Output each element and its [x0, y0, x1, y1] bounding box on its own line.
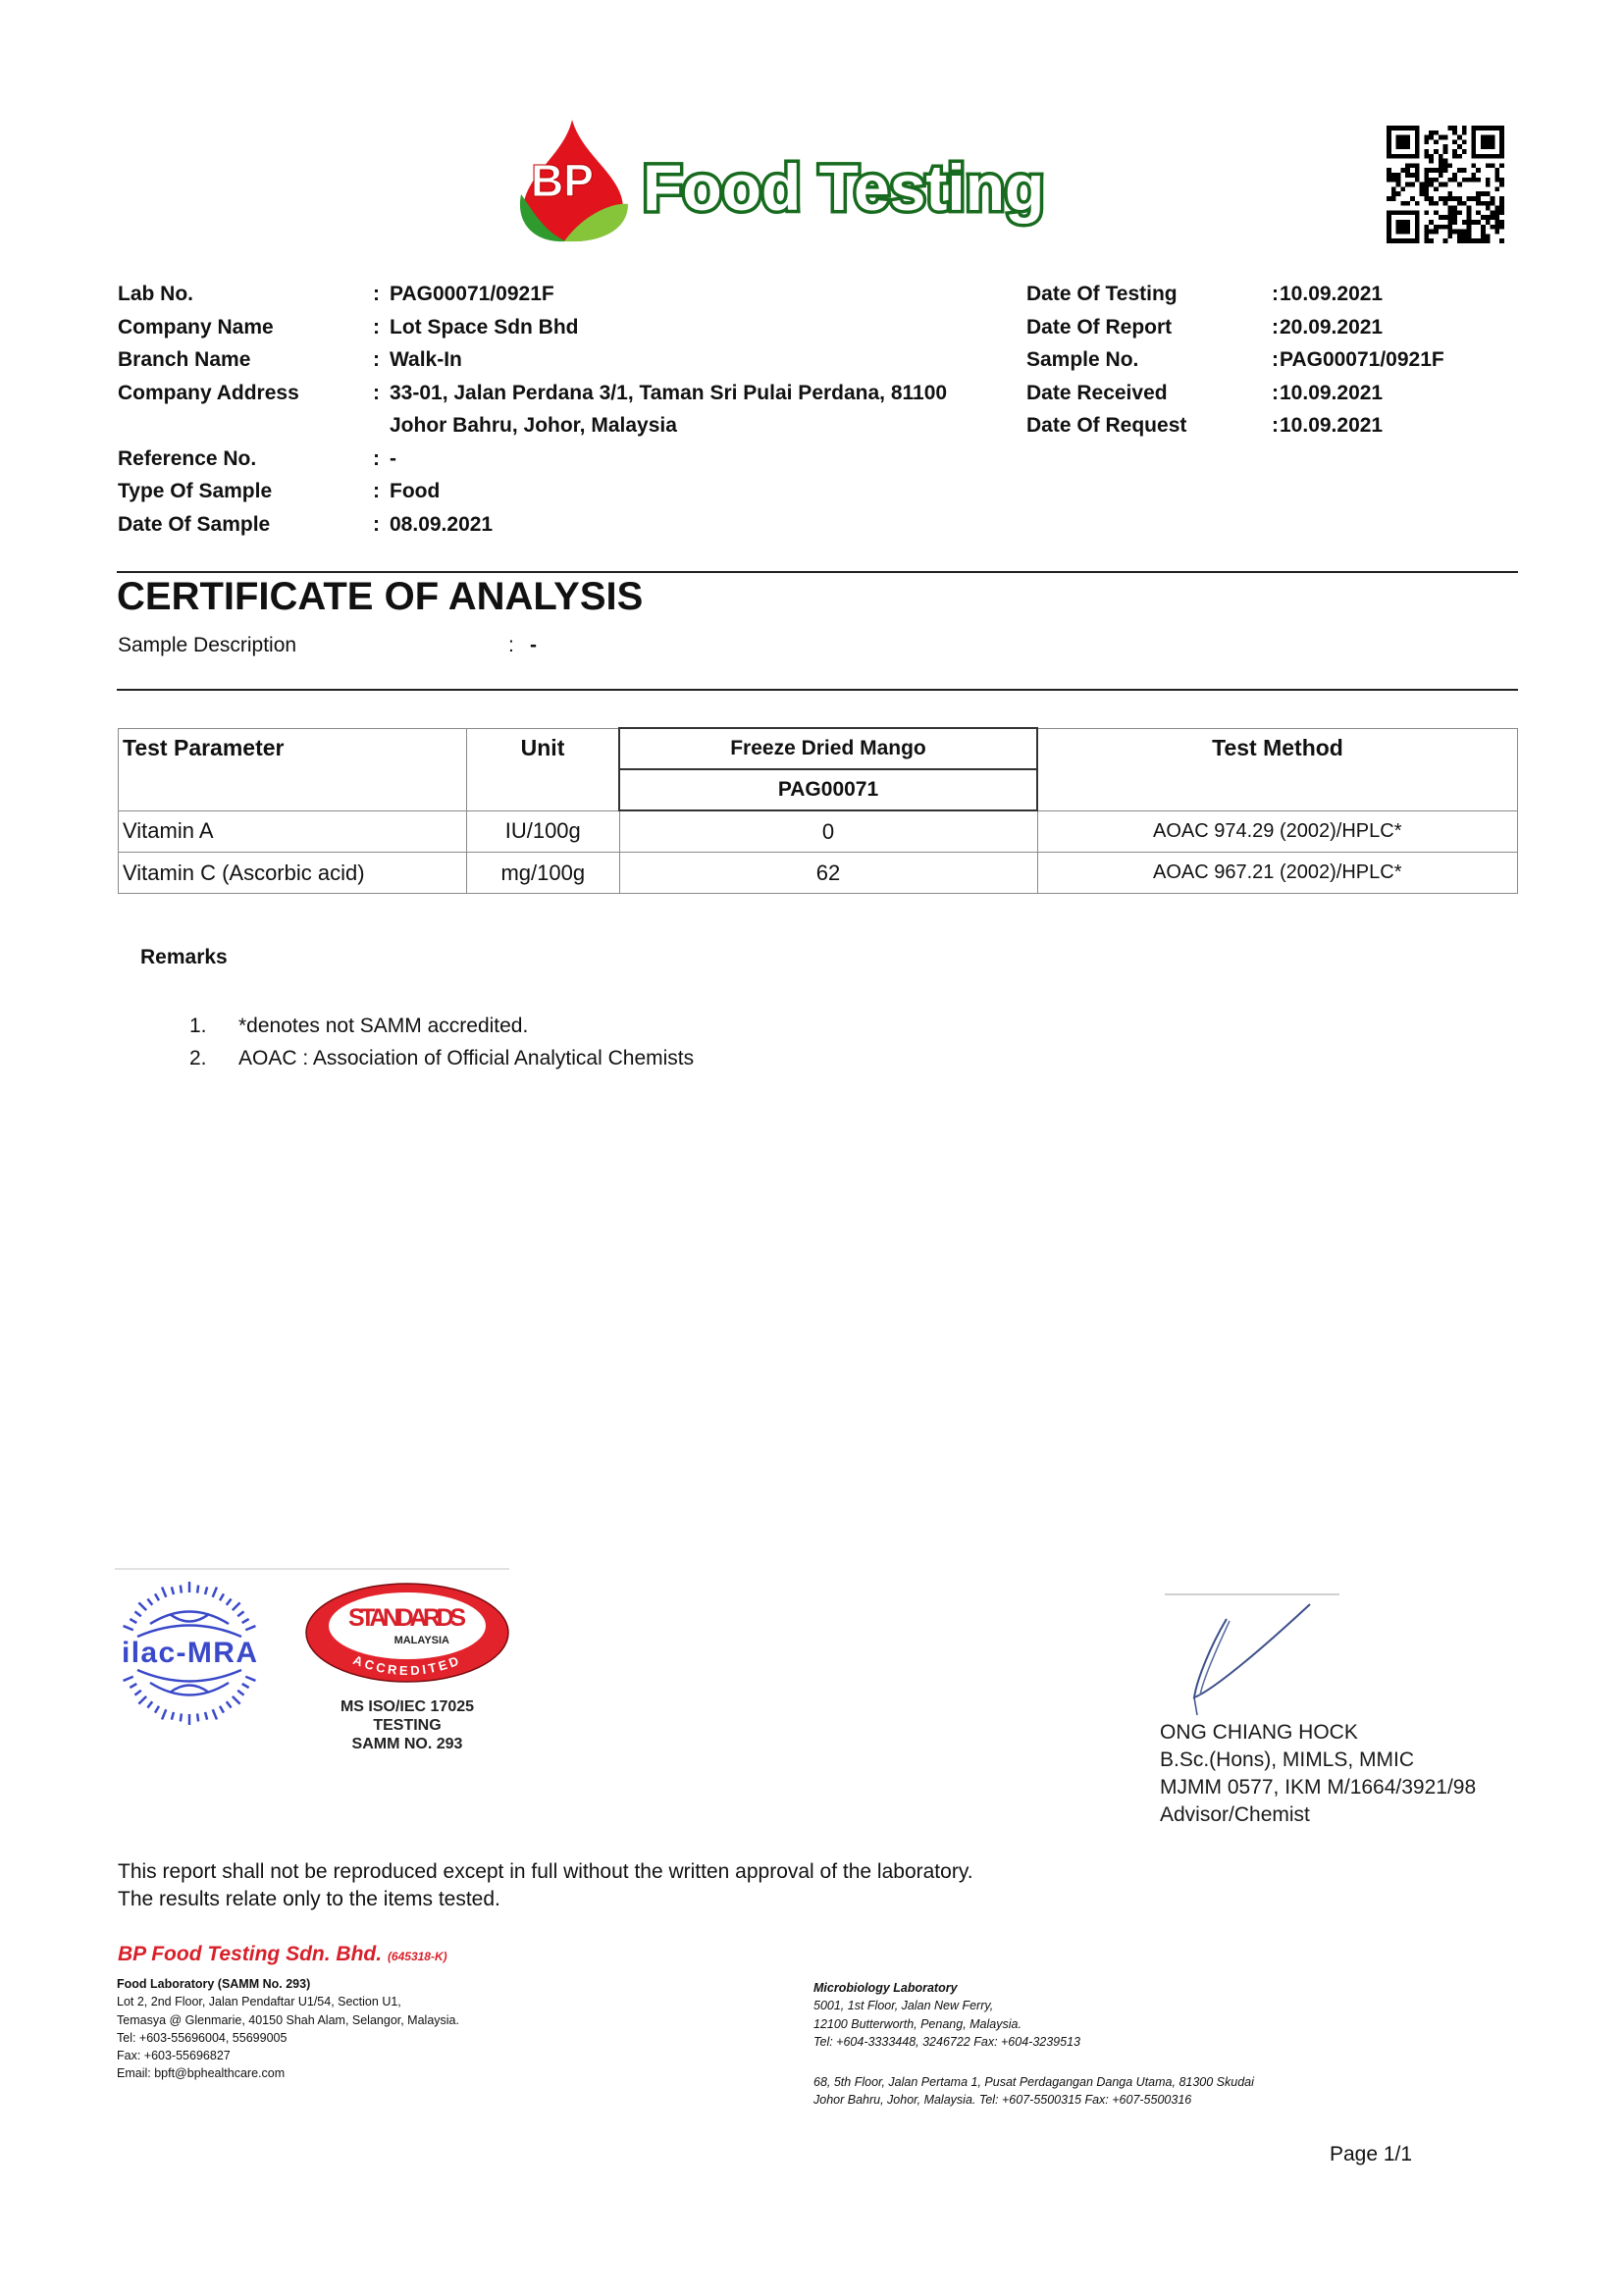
disclaimer: This report shall not be reproduced exce… [118, 1858, 973, 1913]
info-label: Reference No. [118, 443, 373, 476]
signature [1173, 1599, 1320, 1717]
food-lab-line: Fax: +603-55696827 [117, 2047, 459, 2064]
info-label: Company Name [118, 311, 373, 344]
separator: : [1272, 409, 1280, 443]
footer-company-name: BP Food Testing Sdn. Bhd. (645318-K) [118, 1943, 447, 1966]
info-label: Date Of Report [1026, 311, 1272, 344]
header-test-parameter: Test Parameter [119, 728, 467, 810]
micro-lab-line: 5001, 1st Floor, Jalan New Ferry, [813, 1997, 1080, 2014]
signatory-block: ONG CHIANG HOCK B.Sc.(Hons), MIMLS, MMIC… [1160, 1719, 1476, 1829]
separator: : [373, 278, 390, 311]
svg-text:MALAYSIA: MALAYSIA [394, 1635, 449, 1646]
ilac-mra-logo: ilac-MRA [116, 1580, 263, 1727]
food-lab-line: Lot 2, 2nd Floor, Jalan Pendaftar U1/54,… [117, 1993, 459, 2010]
ilac-mra-icon: ilac-MRA [116, 1580, 263, 1727]
info-label: Company Address [118, 377, 373, 443]
info-value: 20.09.2021 [1280, 311, 1383, 344]
sample-description-label: Sample Description [118, 634, 508, 657]
qr-code-icon[interactable] [1387, 126, 1504, 243]
blood-drop-leaf-logo-icon: BP Food Testing [505, 116, 1114, 243]
micro-lab-address: Microbiology Laboratory 5001, 1st Floor,… [813, 1979, 1080, 2051]
remark-text: AOAC : Association of Official Analytica… [238, 1042, 694, 1074]
separator: : [1272, 311, 1280, 344]
lab-info-right: Date Of Testing:10.09.2021Date Of Report… [1026, 278, 1537, 443]
page-number: Page 1/1 [1330, 2143, 1412, 2166]
divider-top [117, 571, 1518, 573]
cell-parameter: Vitamin C (Ascorbic acid) [119, 853, 467, 894]
signature-line [1165, 1593, 1339, 1595]
separator: : [1272, 377, 1280, 410]
info-label: Date Of Testing [1026, 278, 1272, 311]
results-table: Test Parameter Unit Freeze Dried Mango T… [118, 727, 1518, 894]
info-row: Date Of Report:20.09.2021 [1026, 311, 1537, 344]
separator: : [508, 634, 530, 657]
cell-result: 62 [619, 853, 1037, 894]
separator: : [373, 508, 390, 542]
info-label: Date Of Request [1026, 409, 1272, 443]
divider-bottom [117, 689, 1518, 691]
remarks-title: Remarks [140, 946, 228, 969]
signatory-registration: MJMM 0577, IKM M/1664/3921/98 [1160, 1774, 1476, 1801]
info-value: 10.09.2021 [1280, 409, 1383, 443]
info-value: - [390, 443, 1021, 476]
standards-malaysia-accredited-icon: STANDARDS MALAYSIA ACCREDITED MS ISO/IEC… [302, 1582, 513, 1756]
cell-unit: mg/100g [467, 853, 620, 894]
signatory-role: Advisor/Chemist [1160, 1801, 1476, 1829]
jb-lab-line: 68, 5th Floor, Jalan Pertama 1, Pusat Pe… [813, 2073, 1254, 2091]
info-row: Branch Name:Walk-In [118, 343, 1021, 377]
info-row: Lab No.:PAG00071/0921F [118, 278, 1021, 311]
info-value: 08.09.2021 [390, 508, 1021, 542]
disclaimer-line: This report shall not be reproduced exce… [118, 1858, 973, 1886]
info-value: 33-01, Jalan Perdana 3/1, Taman Sri Pula… [390, 377, 1021, 443]
info-row: Company Name:Lot Space Sdn Bhd [118, 311, 1021, 344]
info-row: Date Of Testing:10.09.2021 [1026, 278, 1537, 311]
header-unit: Unit [467, 728, 620, 810]
svg-text:STANDARDS: STANDARDS [348, 1604, 466, 1632]
table-row: Vitamin AIU/100g0AOAC 974.29 (2002)/HPLC… [119, 810, 1518, 853]
cell-method: AOAC 974.29 (2002)/HPLC* [1037, 810, 1518, 853]
remarks-list: 1.*denotes not SAMM accredited.2.AOAC : … [189, 1010, 694, 1074]
info-value: 10.09.2021 [1280, 377, 1383, 410]
separator: : [1272, 343, 1280, 377]
header-test-method: Test Method [1037, 728, 1518, 810]
separator: : [373, 311, 390, 344]
micro-lab-title: Microbiology Laboratory [813, 1979, 1080, 1997]
info-row: Type Of Sample:Food [118, 475, 1021, 508]
food-lab-title: Food Laboratory (SAMM No. 293) [117, 1975, 459, 1993]
info-value: PAG00071/0921F [1280, 343, 1444, 377]
lab-info-left: Lab No.:PAG00071/0921FCompany Name:Lot S… [118, 278, 1021, 541]
signature-icon [1173, 1599, 1320, 1717]
cell-parameter: Vitamin A [119, 810, 467, 853]
cell-method: AOAC 967.21 (2002)/HPLC* [1037, 853, 1518, 894]
info-value: Walk-In [390, 343, 1021, 377]
info-label: Branch Name [118, 343, 373, 377]
svg-text:TESTING: TESTING [373, 1717, 441, 1734]
logo-divider [115, 1568, 509, 1570]
info-label: Date Received [1026, 377, 1272, 410]
company-logo: BP Food Testing [505, 116, 1114, 243]
remark-number: 2. [189, 1042, 238, 1074]
info-value: Lot Space Sdn Bhd [390, 311, 1021, 344]
food-lab-line: Tel: +603-55696004, 55699005 [117, 2029, 459, 2047]
info-row: Date Of Request:10.09.2021 [1026, 409, 1537, 443]
info-row: Sample No.:PAG00071/0921F [1026, 343, 1537, 377]
info-label: Lab No. [118, 278, 373, 311]
info-label: Sample No. [1026, 343, 1272, 377]
signatory-qualifications: B.Sc.(Hons), MIMLS, MMIC [1160, 1747, 1476, 1774]
food-lab-email[interactable]: Email: bpft@bphealthcare.com [117, 2064, 459, 2082]
info-label: Type Of Sample [118, 475, 373, 508]
cell-result: 0 [619, 810, 1037, 853]
header-sample-name: Freeze Dried Mango [619, 728, 1037, 769]
jb-lab-address: 68, 5th Floor, Jalan Pertama 1, Pusat Pe… [813, 2073, 1254, 2110]
info-value: PAG00071/0921F [390, 278, 1021, 311]
standards-malaysia-logo: STANDARDS MALAYSIA ACCREDITED MS ISO/IEC… [302, 1582, 513, 1756]
info-row: Reference No.:- [118, 443, 1021, 476]
company-registration: (645318-K) [388, 1950, 447, 1963]
info-value: 10.09.2021 [1280, 278, 1383, 311]
micro-lab-line: Tel: +604-3333448, 3246722 Fax: +604-323… [813, 2033, 1080, 2051]
remark-item: 1.*denotes not SAMM accredited. [189, 1010, 694, 1042]
info-value: Food [390, 475, 1021, 508]
jb-lab-line: Johor Bahru, Johor, Malaysia. Tel: +607-… [813, 2091, 1254, 2109]
separator: : [373, 343, 390, 377]
separator: : [373, 377, 390, 443]
remark-number: 1. [189, 1010, 238, 1042]
page-title: CERTIFICATE OF ANALYSIS [117, 575, 643, 619]
info-label: Date Of Sample [118, 508, 373, 542]
separator: : [373, 475, 390, 508]
info-row: Company Address:33-01, Jalan Perdana 3/1… [118, 377, 1021, 443]
svg-text:ilac-MRA: ilac-MRA [122, 1637, 257, 1669]
micro-lab-line: 12100 Butterworth, Penang, Malaysia. [813, 2015, 1080, 2033]
remark-text: *denotes not SAMM accredited. [238, 1010, 528, 1042]
separator: : [373, 443, 390, 476]
company-name-text: BP Food Testing Sdn. Bhd. [118, 1943, 382, 1965]
disclaimer-line: The results relate only to the items tes… [118, 1886, 973, 1913]
svg-text:BP: BP [531, 155, 594, 206]
info-row: Date Received:10.09.2021 [1026, 377, 1537, 410]
header-sample-id: PAG00071 [619, 769, 1037, 810]
sample-description: Sample Description : - [118, 634, 537, 657]
food-lab-line: Temasya @ Glenmarie, 40150 Shah Alam, Se… [117, 2011, 459, 2029]
table-row: Vitamin C (Ascorbic acid)mg/100g62AOAC 9… [119, 853, 1518, 894]
info-row: Date Of Sample:08.09.2021 [118, 508, 1021, 542]
separator: : [1272, 278, 1280, 311]
svg-text:MS ISO/IEC 17025: MS ISO/IEC 17025 [341, 1698, 474, 1715]
svg-text:Food Testing: Food Testing [643, 151, 1044, 224]
food-lab-address: Food Laboratory (SAMM No. 293) Lot 2, 2n… [117, 1975, 459, 2083]
remark-item: 2.AOAC : Association of Official Analyti… [189, 1042, 694, 1074]
cell-unit: IU/100g [467, 810, 620, 853]
svg-text:SAMM NO. 293: SAMM NO. 293 [352, 1736, 463, 1752]
signatory-name: ONG CHIANG HOCK [1160, 1719, 1476, 1747]
sample-description-value: - [530, 634, 537, 657]
